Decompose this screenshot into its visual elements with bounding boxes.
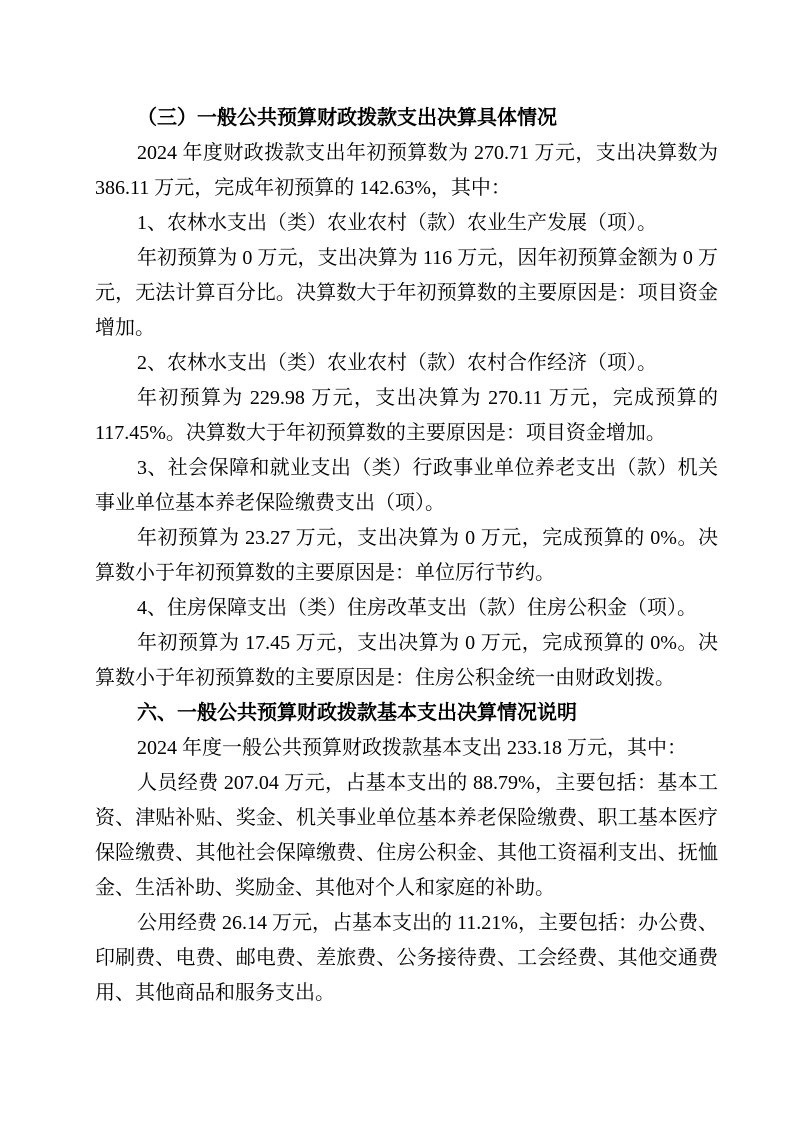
- document-page: （三）一般公共预算财政拨款支出决算具体情况 2024 年度财政拨款支出年初预算数…: [0, 0, 793, 1122]
- paragraph-item-4-detail: 年初预算为 17.45 万元，支出决算为 0 万元，完成预算的 0%。决算数小于…: [95, 626, 718, 696]
- paragraph-public-expenses: 公用经费 26.14 万元，占基本支出的 11.21%，主要包括：办公费、印刷费…: [95, 906, 718, 1011]
- paragraph-item-1-detail: 年初预算为 0 万元，支出决算为 116 万元，因年初预算金额为 0 万元，无法…: [95, 241, 718, 346]
- paragraph-expenditure-summary: 2024 年度财政拨款支出年初预算数为 270.71 万元，支出决算数为 386…: [95, 136, 718, 206]
- paragraph-item-4-title: 4、住房保障支出（类）住房改革支出（款）住房公积金（项）。: [95, 591, 718, 626]
- paragraph-item-3-detail: 年初预算为 23.27 万元，支出决算为 0 万元，完成预算的 0%。决算数小于…: [95, 521, 718, 591]
- paragraph-personnel-expenses: 人员经费 207.04 万元，占基本支出的 88.79%，主要包括：基本工资、津…: [95, 766, 718, 906]
- section-heading-basic-expenditure-explanation: 六、一般公共预算财政拨款基本支出决算情况说明: [95, 696, 718, 731]
- section-heading-fiscal-expenditure-details: （三）一般公共预算财政拨款支出决算具体情况: [95, 101, 718, 136]
- paragraph-item-2-detail: 年初预算为 229.98 万元，支出决算为 270.11 万元，完成预算的 11…: [95, 381, 718, 451]
- paragraph-item-2-title: 2、农林水支出（类）农业农村（款）农村合作经济（项）。: [95, 346, 718, 381]
- paragraph-item-3-title: 3、社会保障和就业支出（类）行政事业单位养老支出（款）机关事业单位基本养老保险缴…: [95, 451, 718, 521]
- paragraph-item-1-title: 1、农林水支出（类）农业农村（款）农业生产发展（项）。: [95, 206, 718, 241]
- paragraph-basic-expenditure-summary: 2024 年度一般公共预算财政拨款基本支出 233.18 万元，其中：: [95, 731, 718, 766]
- document-content: （三）一般公共预算财政拨款支出决算具体情况 2024 年度财政拨款支出年初预算数…: [95, 101, 718, 1011]
